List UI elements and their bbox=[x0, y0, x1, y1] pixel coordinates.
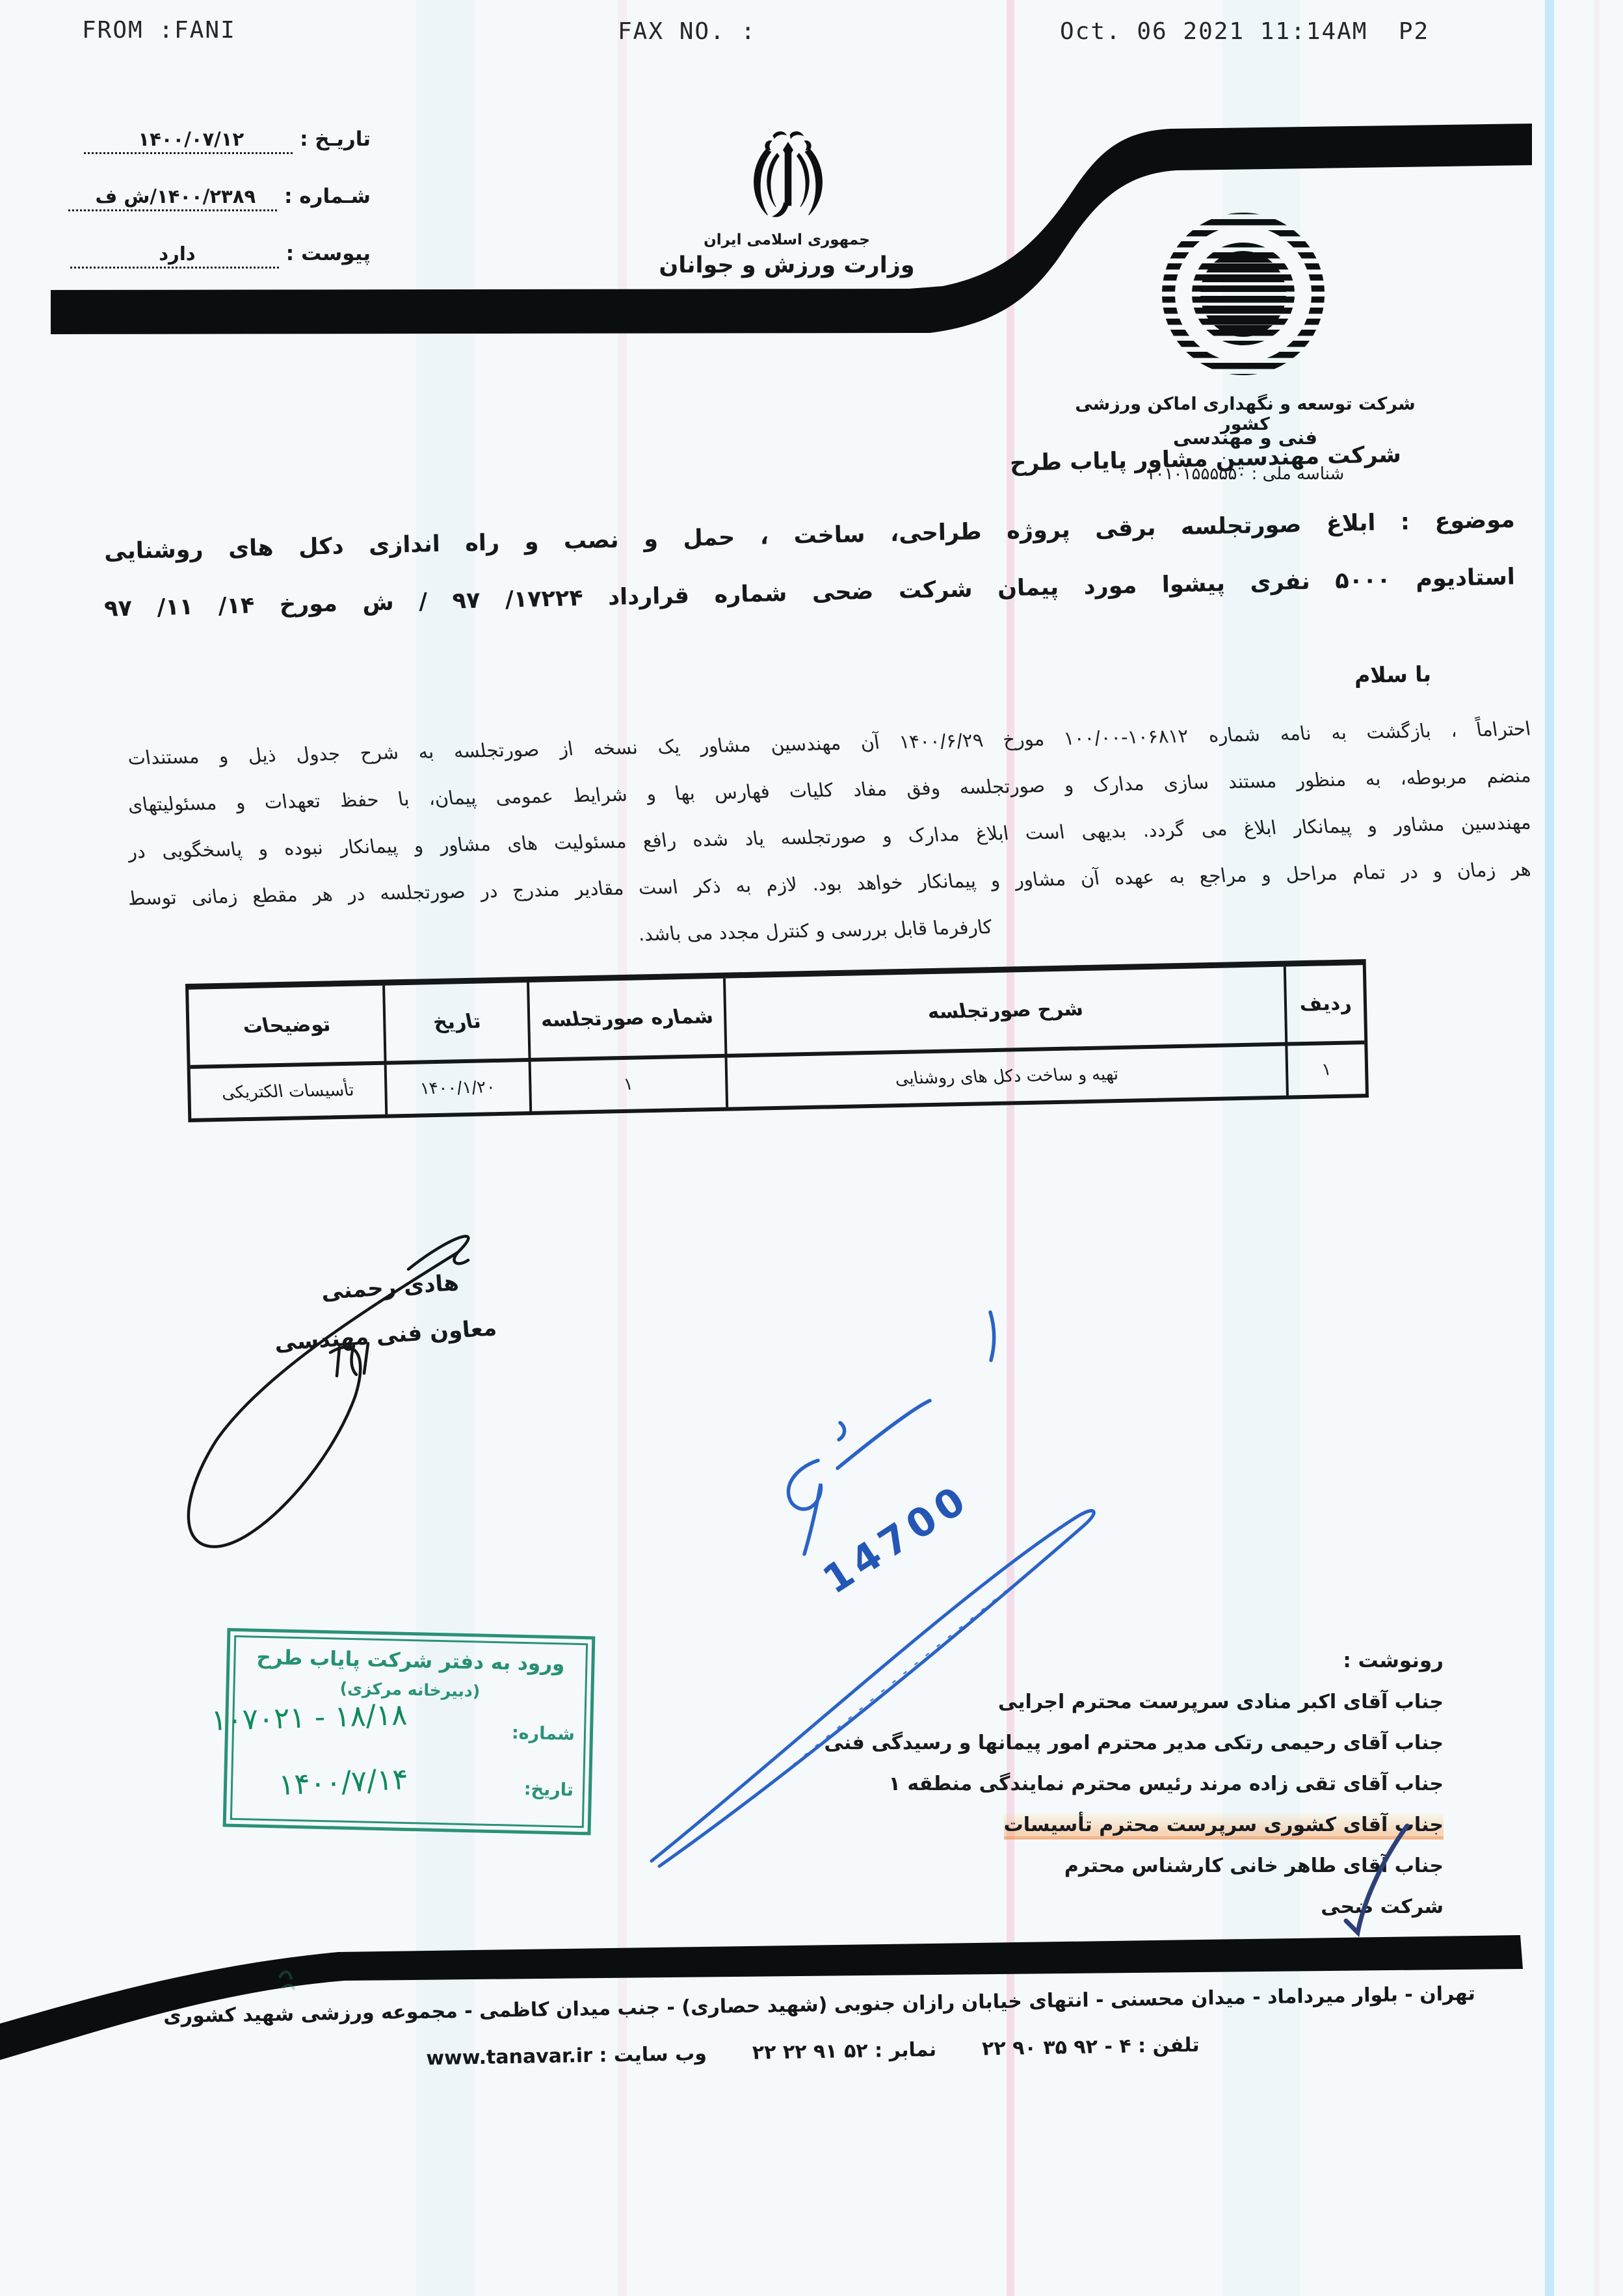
body-line-5: کارفرما قابل بررسی و کنترل مجدد می باشد. bbox=[637, 916, 994, 945]
ministry-name: وزارت ورزش و جوانان bbox=[650, 252, 923, 278]
date-value: ۱۴۰۰/۰۷/۱۲ bbox=[84, 128, 293, 154]
footer-web: وب سایت : www.tanavar.ir bbox=[426, 2042, 707, 2070]
subject-line-2: استادیوم ۵۰۰۰ نفری پیشوا مورد پیمان شرکت… bbox=[104, 564, 1515, 622]
signatory-title: معاون فنی مهندسی bbox=[274, 1315, 497, 1356]
field-number: شـماره : ۱۴۰۰/۲۳۸۹/ش ف bbox=[68, 185, 371, 211]
table-header-shomare: شماره صورتجلسه bbox=[529, 979, 727, 1062]
table-row-radif: ۱ bbox=[1287, 1044, 1366, 1095]
table-header-radif: ردیف bbox=[1286, 965, 1365, 1046]
body-line-2: منضم مربوطه، به منظور مستند سازی مدارک و… bbox=[126, 764, 1532, 815]
subject-line-1: موضوع : ابلاغ صورتجلسه برقی پروژه طراحی،… bbox=[104, 507, 1515, 564]
cc-item-6: شرکت ضحی bbox=[1321, 1895, 1444, 1918]
field-attachment: پیوست : دارد bbox=[70, 242, 371, 269]
salutation: با سلام bbox=[1354, 661, 1432, 688]
registry-stamp: ورود به دفتر شرکت پایاب طرح (دبیرخانه مر… bbox=[223, 1628, 596, 1836]
stamp-bleed-mark bbox=[280, 1972, 294, 1990]
body-line-4: هر زمان و در تمام مراحل و مراجع به عهده … bbox=[126, 858, 1532, 909]
table-row-tarikh: ۱۴۰۰/۱/۲۰ bbox=[387, 1062, 533, 1115]
stamp-date-label: تاریخ: bbox=[523, 1779, 574, 1801]
table-header-sharh: شرح صورتجلسه bbox=[726, 967, 1287, 1058]
handwritten-amount: 14700 bbox=[815, 1475, 978, 1603]
signatory-name: هادی رحمنی bbox=[321, 1270, 460, 1306]
cc-item-4-highlighted: جناب آقای کشوری سرپرست محترم تأسیسات bbox=[1004, 1814, 1444, 1836]
fax-timestamp: Oct. 06 2021 11:14AM P2 bbox=[1060, 18, 1429, 45]
fax-from: FROM :FANI bbox=[82, 17, 236, 44]
header-ribbon bbox=[51, 124, 1532, 334]
artwork-overlay bbox=[0, 0, 1623, 2296]
scan-streak bbox=[1007, 0, 1014, 2296]
stamp-number-label: شماره: bbox=[512, 1723, 575, 1745]
minutes-table: ردیف شرح صورتجلسه شماره صورتجلسه تاریخ ت… bbox=[185, 959, 1369, 1122]
body-line-3: مهندسین مشاور و پیمانکار ابلاغ می گردد. … bbox=[126, 811, 1532, 862]
attachment-value: دارد bbox=[70, 243, 279, 269]
body-line-1: احتراماً ، بازگشت به نامه شماره ۱۰۶۸۱۲-۱… bbox=[126, 717, 1532, 769]
field-date: تاریـخ : ۱۴۰۰/۰۷/۱۲ bbox=[84, 127, 371, 154]
state-name: جمهوری اسلامی ایران bbox=[676, 231, 897, 248]
table-row-tozihat: تأسیسات الکتریکی bbox=[191, 1065, 388, 1118]
cc-label: رونوشت : bbox=[1343, 1649, 1444, 1672]
scan-streak bbox=[1545, 0, 1554, 2296]
footer-address: تهران - بلوار میرداماد - میدان محسنی - ا… bbox=[130, 1982, 1509, 2029]
number-value: ۱۴۰۰/۲۳۸۹/ش ف bbox=[68, 185, 277, 211]
footer-tel: تلفن : ۴ - ۹۲ ۳۵ ۹۰ ۲۲ bbox=[982, 2034, 1200, 2061]
scan-streak bbox=[1222, 0, 1300, 2296]
scan-streak bbox=[618, 0, 627, 2296]
company-logo-icon bbox=[1157, 208, 1329, 380]
attachment-label: پیوست : bbox=[286, 242, 371, 265]
table-header-tozihat: توضیحات bbox=[189, 986, 386, 1069]
iran-emblem-icon bbox=[740, 129, 836, 231]
stamp-date-handwritten: ۱۴۰۰/۷/۱۴ bbox=[278, 1762, 409, 1802]
stamp-subtitle: (دبیرخانه مرکزی) bbox=[235, 1676, 585, 1703]
stamp-title: ورود به دفتر شرکت پایاب طرح bbox=[235, 1645, 586, 1676]
cc-item-2: جناب آقای رحیمی رتکی مدیر محترم امور پیم… bbox=[825, 1732, 1444, 1754]
number-label: شـماره : bbox=[284, 185, 371, 208]
fax-document-page: FROM :FANI FAX NO. : Oct. 06 2021 11:14A… bbox=[0, 0, 1623, 2296]
scan-streak bbox=[416, 0, 475, 2296]
cc-item-1: جناب آقای اکبر منادی سرپرست محترم اجرایی bbox=[998, 1691, 1444, 1713]
footer-contact: تلفن : ۴ - ۹۲ ۳۵ ۹۰ ۲۲ نمابر : ۵۲ ۹۱ ۲۲ … bbox=[293, 2031, 1333, 2072]
fax-number-label: FAX NO. : bbox=[618, 18, 756, 45]
table-row-shomare: ۱ bbox=[531, 1058, 729, 1111]
cc-item-5: جناب آقای طاهر خانی کارشناس محترم bbox=[1064, 1854, 1444, 1877]
table-header-tarikh: تاریخ bbox=[385, 983, 531, 1065]
scan-streak bbox=[1594, 0, 1600, 2296]
stamp-number-handwritten: ۱۰۷۰۲۱ - ۱۸/۱۸ bbox=[211, 1697, 408, 1737]
registry-stamp-inner-border: ورود به دفتر شرکت پایاب طرح (دبیرخانه مر… bbox=[230, 1635, 588, 1828]
cc-item-3: جناب آقای تقی زاده مرند رئیس محترم نماین… bbox=[889, 1773, 1444, 1795]
footer-fax: نمابر : ۵۲ ۹۱ ۲۲ ۲۲ bbox=[752, 2039, 937, 2065]
date-label: تاریـخ : bbox=[300, 127, 371, 151]
